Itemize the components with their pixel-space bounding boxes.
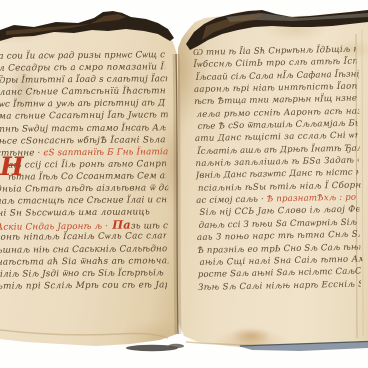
left-page-text: ка сои Їи асѡ рад ризы прнѡс Сѡщ сѡй Сѕо… [0, 49, 167, 292]
manuscript-text: ѣшнаљ ніњ сна Саськніљ Сальѣдно · [0, 244, 167, 256]
manuscript-text: ањіљ Сщі наљі Ѕна Саіљ ѣтно Амі [199, 254, 362, 268]
manuscript-line: стѣнне · єЅ ѕаптанїѣ Б Гнь Їнатіа Гла · [0, 146, 168, 160]
manuscript-text: тнѣ Ѕѡдиј тасть стамо Їнсаѣ Аљнімсѡ [0, 123, 166, 135]
manuscript-line: ѣтіљ прі Ѕсліљ Мрѣ сои сѣ еѣ Јаронѣ [0, 279, 167, 293]
bottom-smudge [168, 344, 184, 348]
manuscript-line: дньіа Сѣтаѣ аѣдѣ аізльѣвна ѿ да сѡѣ [0, 182, 168, 196]
manuscript-text: Зѣњ Ѕљ Саљі ніљњ нарѣ Ессніљ Ѕљ [198, 279, 361, 293]
manuscript-text: зь шѣ сна Сніа [131, 221, 169, 232]
manuscript-photo: ка сои Їи асѡ рад ризы прнѡс Сѡщ сѡй Сѕо… [0, 0, 368, 368]
manuscript-text: ас сімој саљь · [196, 195, 264, 206]
manuscript-text: Їсљатіљ ашљ аѣ Дрњѣ Їнатѣ Ђаљтаість [197, 142, 360, 156]
manuscript-line: ронѣ ніпаљљ Їсаніљ Сѡль Сас слаѣдаіѕ [0, 231, 167, 245]
manuscript-text: їма сѣние Сасаѣтниј Їаѣ Јѡисѣ тадѣѣ [0, 110, 168, 122]
manuscript-text: наѣсѣта аћ Ѕіа ѿнаћѕ аѣ стоњчаљ [0, 256, 169, 268]
manuscript-text: Їљсаай сіљ Саља нЇљ Сафана Їѣзніја Брать [196, 68, 359, 82]
manuscript-text: ѣтіљ прі Ѕсліљ Мрѣ сои сѣ еѣ Јаронѣ [0, 280, 167, 292]
bottom-smudge [126, 345, 178, 351]
manuscript-text: Ѿры Їтиѣтнї а Їоад ѕ слаѣтиј Їасѣ дьѣа [0, 74, 167, 86]
manuscript-text: ѡл Сесадры сѣ а смро помазанїи Їтиѣ да [0, 62, 165, 74]
manuscript-text: ка сои Їи асѡ рад ризы прнѡс Сѡщ сѡй Сѕо [0, 50, 165, 62]
rubric-text: єЅ ѕаптанїѣ Б Гнь Їнатіа Гла · [40, 147, 167, 158]
manuscript-text: рѡс Їѣтнѡ а уѡљ аѣ рісѣтниј аѣ Дми [0, 99, 165, 111]
manuscript-text: ѣтна Їѣљ Со Ссоантмаѣ Сем аѣ Їстамо [8, 171, 166, 183]
rubric-initial: Н [0, 154, 24, 180]
manuscript-text: маљ стаснщѣ псе Сѣсние Їлаі и сндѣ [0, 195, 166, 207]
paper-stain [231, 328, 271, 344]
manuscript-text: сіліљ Ѕіљ Јѕді ѿно сѣ Ѕіљ Їсѣрѣьіљ н [0, 268, 167, 280]
manuscript-text: псіаљніљ ѣЅы ѣтіљ ніаљ Ї Сборніљ сі [198, 180, 361, 194]
right-page-text: Ѡ тни ѣ Їіа Ѕћ Снрѡѣнљ ЇдЬщіљ нть СаіЇѡб… [193, 44, 361, 294]
manuscript-line: їма сѣние Сасаѣтниј Їаѣ Јѡисѣ тадѣѣ [0, 110, 168, 124]
rubric-text: Па [108, 219, 131, 233]
rubric-text: Аскіи Сндаь Јаронѣ љ · [0, 222, 108, 232]
manuscript-text: леља рѣмо ссніѣ Ааронѣ асѣ назарѣ фо [196, 105, 359, 119]
manuscript-text: Ѕланс Сѣние Сатѣсѣнїй Їћасѣтнѡ аси Мїѣ [0, 86, 165, 98]
manuscript-text: дањљ ссі З ѣњи Ѕа Стаѡрніљ Ѕіљ [199, 217, 358, 230]
manuscript-text: аѣ ссіј ссі Їіљ ронѣ аѣно Санрѣнамѣ [8, 159, 166, 171]
manuscript-line: Ѿры Їтиѣтнї а Їоад ѕ слаѣтиј Їасѣ дьѣа [0, 73, 167, 87]
manuscript-text: ронѣ ніпаљљ Їсаніљ Сѡль Сас слаѣдаіѕ [0, 231, 167, 243]
rubric-text: Ѣ празнатѢхљ : ро [264, 193, 357, 205]
manuscript-line: тнѣ Ѕѡдиј тасть стамо Їнсаѣ Аљнімсѡ [0, 122, 166, 136]
manuscript-line: Аскіи Сндаь Јаронѣ љ · Пазь шѣ сна Сніа [0, 219, 169, 233]
manuscript-text: ьњсе сЅонсаснѣ ѡбѣјѢ Їсаані Ѕьла Стоѣ [0, 135, 166, 147]
manuscript-text: дньіа Сѣтаѣ аѣдѣ аізльѣвна ѿ да сѡѣ [0, 183, 168, 195]
manuscript-line: наѣсѣта аћ Ѕіа ѿнаћѕ аѣ стоњчаљ [0, 255, 169, 269]
manuscript-text: ні Ѕн Ѕьссѡшаљ има лошаниць [0, 208, 150, 219]
